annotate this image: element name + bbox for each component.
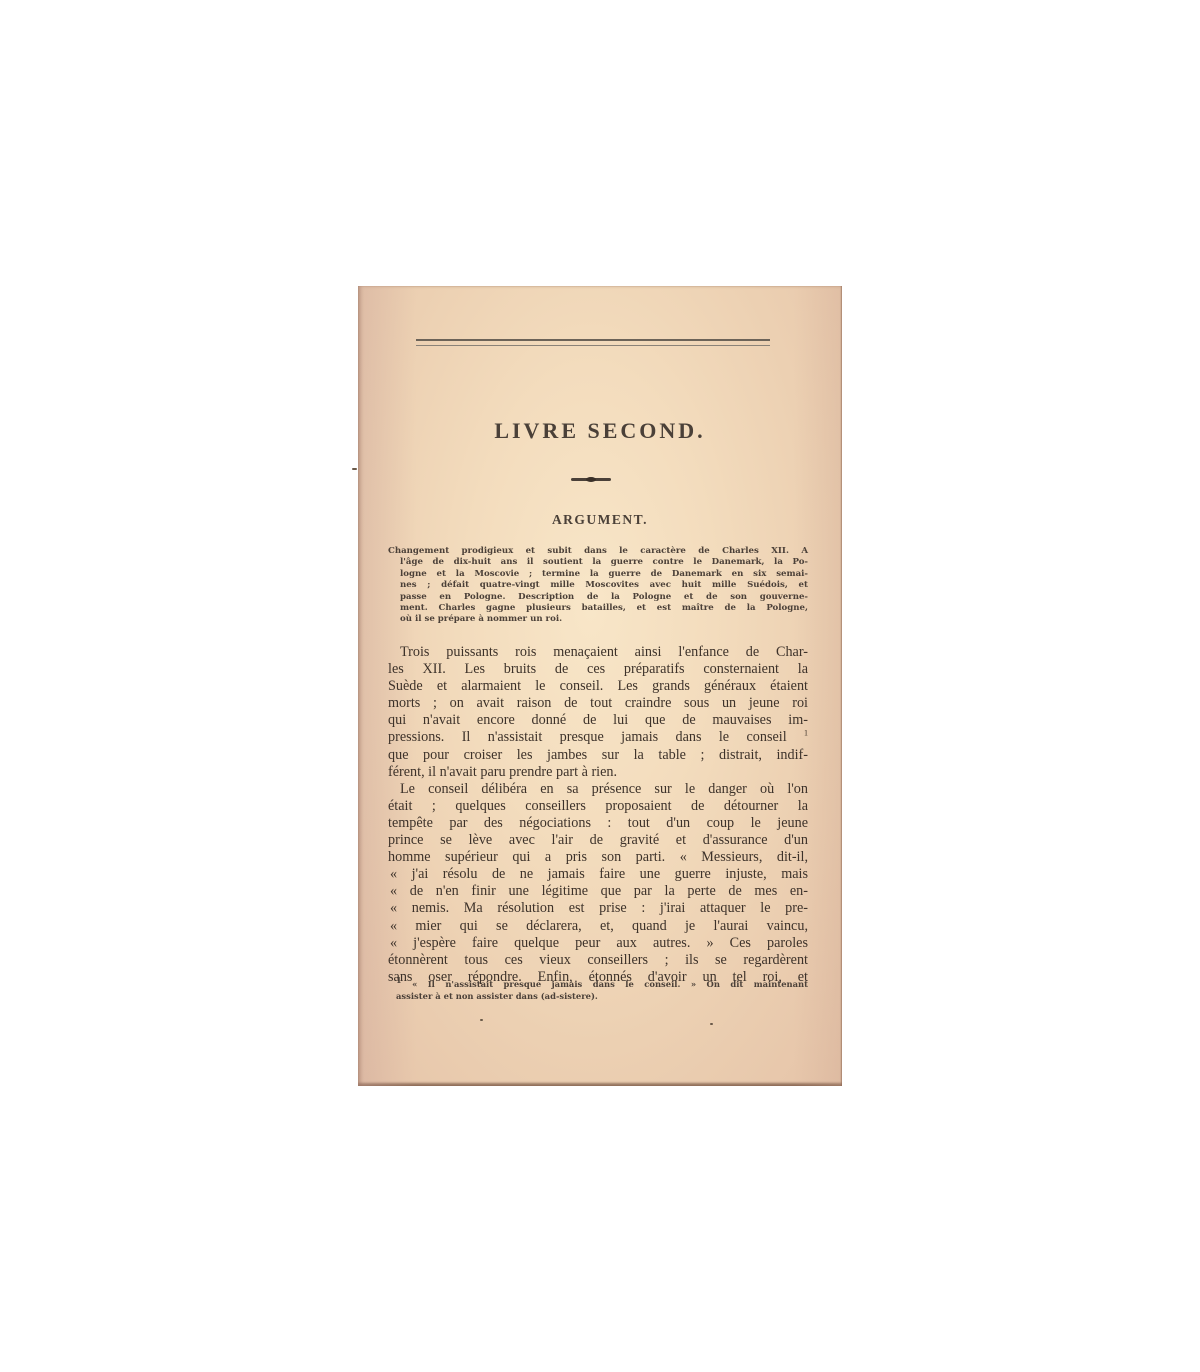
footnote-line: 1 « Il n'assistait presque jamais dans l… (396, 978, 808, 990)
argument-line: nes ; défait quatre-vingt mille Moscovit… (388, 580, 808, 591)
text-line: qui n'avait encore donné de lui que de m… (388, 712, 808, 729)
text-line: férent, il n'avait paru prendre part à r… (388, 764, 808, 781)
text-line: « mier qui se déclarera, et, quand je l'… (388, 918, 808, 935)
ornament-dash-icon (571, 478, 611, 481)
ink-speck (710, 1023, 713, 1025)
argument-line: Changement prodigieux et subit dans le c… (388, 546, 808, 557)
text-line-with-footnote: pressions. Il n'assistait presque jamais… (388, 729, 808, 746)
text-line: était ; quelques conseillers proposaient… (388, 798, 808, 815)
text-line: les XII. Les bruits de ces préparatifs c… (388, 661, 808, 678)
text-line: Le conseil délibéra en sa présence sur l… (388, 781, 808, 798)
argument-line: logne et la Moscovie ; termine la guerre… (388, 569, 808, 580)
argument-summary: Changement prodigieux et subit dans le c… (388, 546, 808, 626)
text-line: « j'ai résolu de ne jamais faire une gue… (388, 866, 808, 883)
argument-heading: ARGUMENT. (358, 512, 842, 528)
footnote-line: assister à et non assister dans (ad-sist… (396, 990, 808, 1002)
argument-line: passe en Pologne. Description de la Polo… (388, 592, 808, 603)
text-line: « de n'en finir une légitime que par la … (388, 883, 808, 900)
header-double-rule (416, 339, 770, 346)
text-line: étonnèrent tous ces vieux conseillers ; … (388, 952, 808, 969)
footnote-marker: 1 (396, 975, 402, 985)
argument-line: où il se prépare à nommer un roi. (388, 614, 808, 625)
text-line: « nemis. Ma résolution est prise : j'ira… (388, 900, 808, 917)
ink-speck (480, 1019, 483, 1021)
book-page: LIVRE SECOND. ARGUMENT. Changement prodi… (358, 286, 842, 1086)
text-line: morts ; on avait raison de tout craindre… (388, 695, 808, 712)
text-line: que pour croiser les jambes sur la table… (388, 747, 808, 764)
footnote-text: « Il n'assistait presque jamais dans le … (412, 979, 808, 989)
footnote: 1 « Il n'assistait presque jamais dans l… (396, 978, 808, 1002)
footnote-reference: 1 (804, 729, 808, 738)
text-line: Suède et alarmaient le conseil. Les gran… (388, 678, 808, 695)
text-line: tempête par des négociations : tout d'un… (388, 815, 808, 832)
argument-line: ment. Charles gagne plusieurs batailles,… (388, 603, 808, 614)
text-line: « j'espère faire quelque peur aux autres… (388, 935, 808, 952)
chapter-title: LIVRE SECOND. (358, 418, 842, 444)
text-line: pressions. Il n'assistait presque jamais… (388, 729, 787, 745)
body-text: Trois puissants rois menaçaient ainsi l'… (388, 644, 808, 986)
argument-line: l'âge de dix-huit ans il soutient la gue… (388, 557, 808, 568)
text-line: Trois puissants rois menaçaient ainsi l'… (388, 644, 808, 661)
ink-speck (352, 468, 357, 470)
text-line: homme supérieur qui a pris son parti. « … (388, 849, 808, 866)
text-line: prince se lève avec l'air de gravité et … (388, 832, 808, 849)
